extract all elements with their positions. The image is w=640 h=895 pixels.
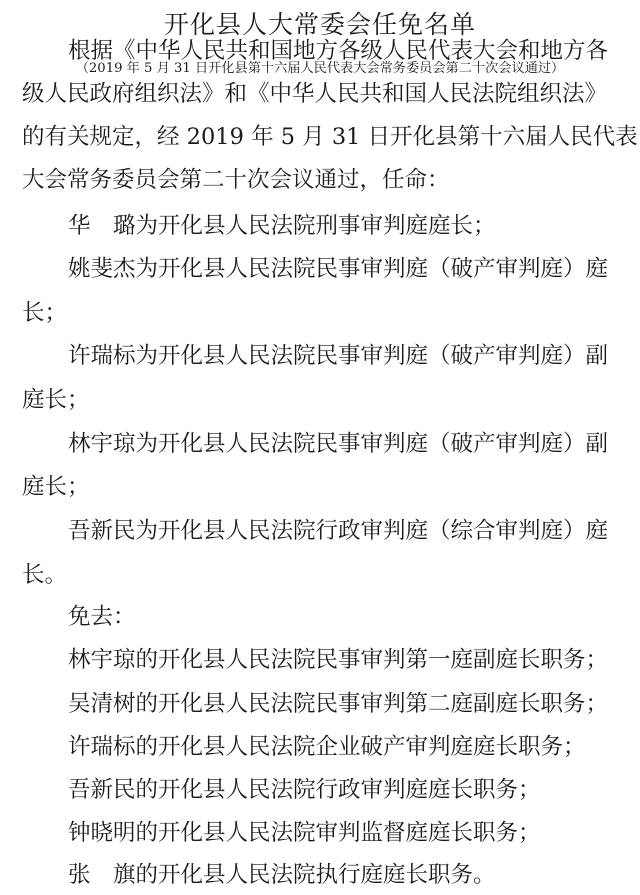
appointment-item: 吾新民为开化县人民法院行政审判庭（综合审判庭）庭 [68, 516, 608, 546]
appointment-item-cont: 庭长； [22, 385, 90, 415]
intro-line: 的有关规定，经 2019 年 5 月 31 日开化县第十六届人民代表 [22, 122, 638, 152]
appointment-item: 姚斐杰为开化县人民法院民事审判庭（破产审判庭）庭 [68, 254, 608, 284]
removal-heading: 免去： [68, 602, 136, 632]
appointment-item-cont: 庭长； [22, 472, 90, 502]
appointment-item-cont: 长； [22, 298, 67, 328]
intro-line: 根据《中华人民共和国地方各级人民代表大会和地方各 [68, 36, 608, 66]
removal-item: 吾新民的开化县人民法院行政审判庭庭长职务； [68, 775, 541, 805]
removal-item: 林宇琼的开化县人民法院民事审判第一庭副庭长职务； [68, 645, 608, 675]
appointment-item-cont: 长。 [22, 560, 67, 590]
appointment-item: 林宇琼为开化县人民法院民事审判庭（破产审判庭）副 [68, 429, 608, 459]
removal-item: 钟晓明的开化县人民法院审判监督庭庭长职务； [68, 818, 541, 848]
intro-line: 级人民政府组织法》和《中华人民共和国人民法院组织法》 [22, 79, 607, 109]
removal-item: 张 旗的开化县人民法院执行庭庭长职务。 [68, 860, 496, 890]
intro-line: 大会常务委员会第二十次会议通过，任命： [22, 165, 450, 195]
appointment-item: 许瑞标为开化县人民法院民事审判庭（破产审判庭）副 [68, 341, 608, 371]
appointment-item: 华 璐为开化县人民法院刑事审判庭庭长； [68, 211, 496, 241]
removal-item: 吴清树的开化县人民法院民事审判第二庭副庭长职务； [68, 689, 608, 719]
removal-item: 许瑞标的开化县人民法院企业破产审判庭庭长职务； [68, 732, 586, 762]
